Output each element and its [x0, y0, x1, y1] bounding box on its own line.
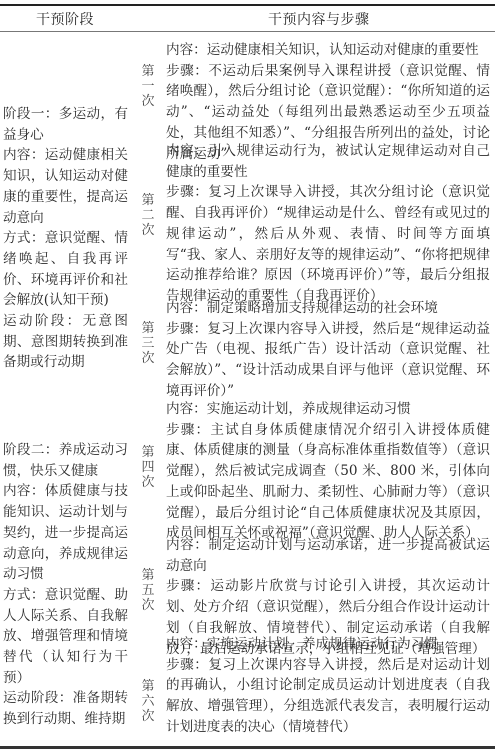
stage-two-cell: 阶段二：养成运动习惯，快乐又健康 内容：体质健康与技能知识、运动计划与契约，进一…	[3, 440, 128, 730]
session-3-body: 内容：制定策略增加支持规律运动的社会环境 步骤：复习上次课内容导入讲授，然后是“…	[166, 298, 490, 402]
stage-content: 内容：运动健康相关知识，认知运动对健康的重要性，提高运动意向	[3, 145, 128, 228]
session-2-body: 内容：引入规律运动行为，被试认定规律运动对自己健康的重要性 步骤：复习上次课导入…	[166, 141, 490, 307]
session-4-body: 内容：实施运动计划，养成规律运动习惯 步骤：主试自身体质健康情况介绍引入讲授体质…	[166, 399, 490, 544]
header-stage: 干预阶段	[36, 9, 94, 29]
session-steps: 步骤：主试自身体质健康情况介绍引入讲授体质健康、体质健康的测量（身高标准体重指数…	[166, 420, 490, 544]
session-content: 内容：实施运动计划，养成规律运动习惯	[166, 399, 490, 420]
stage-title: 阶段二：养成运动习惯，快乐又健康	[3, 440, 128, 481]
intervention-table: 干预阶段 干预内容与步骤 阶段一：多运动，有益身心 内容：运动健康相关知识，认知…	[0, 0, 495, 751]
stage-content: 内容：体质健康与技能知识、运动计划与契约，进一步提高运动意向，养成规律运动习惯	[3, 481, 128, 585]
session-content: 内容：实施运动计划，养成规律运动行为习惯	[166, 634, 490, 655]
session-1-label: 第 一 次	[140, 64, 156, 109]
session-steps: 步骤：复习上次课内容导入讲授，然后是“规律运动益处广告（电视、报纸广告）设计活动…	[166, 319, 490, 402]
session-content: 内容：制定运动计划与运动承诺，进一步提高被试运动意向	[166, 535, 490, 576]
session-4-label: 第 四 次	[140, 445, 156, 490]
stage-phase: 运动阶段：准备期转换到行动期、维持期	[3, 688, 128, 729]
session-2-label: 第 二 次	[140, 193, 156, 238]
stage-method: 方式：意识觉醒、情绪唤起、自我再评价、环境再评价和社会解放(认知干预)	[3, 228, 128, 311]
stage-phase: 运动阶段：无意图期、意图期转换到准备期或行动期	[3, 311, 128, 373]
table-bottom-rule	[0, 746, 495, 749]
stage-title: 阶段一：多运动，有益身心	[3, 104, 128, 145]
table-header-rule	[0, 31, 495, 32]
table-top-rule	[0, 4, 495, 6]
session-content: 内容：引入规律运动行为，被试认定规律运动对自己健康的重要性	[166, 141, 490, 182]
stage-method: 方式：意识觉醒、助人人际关系、自我解放、增强管理和情境替代（认知行为干预）	[3, 585, 128, 689]
stage-one-cell: 阶段一：多运动，有益身心 内容：运动健康相关知识，认知运动对健康的重要性，提高运…	[3, 104, 128, 373]
session-3-label: 第 三 次	[140, 321, 156, 366]
session-steps: 步骤：复习上次课内容导入讲授，然后是对运动计划的再确认，小组讨论制定成员运动计划…	[166, 655, 490, 738]
session-content: 内容：运动健康相关知识，认知运动对健康的重要性	[166, 40, 490, 61]
session-steps: 步骤：复习上次课导入讲授，其次分组讨论（意识觉醒、自我再评价）“规律运动是什么、…	[166, 182, 490, 306]
session-content: 内容：制定策略增加支持规律运动的社会环境	[166, 298, 490, 319]
header-content: 干预内容与步骤	[268, 9, 370, 29]
session-6-label: 第 六 次	[140, 679, 156, 724]
session-6-body: 内容：实施运动计划，养成规律运动行为习惯 步骤：复习上次课内容导入讲授，然后是对…	[166, 634, 490, 738]
session-5-label: 第 五 次	[140, 568, 156, 613]
